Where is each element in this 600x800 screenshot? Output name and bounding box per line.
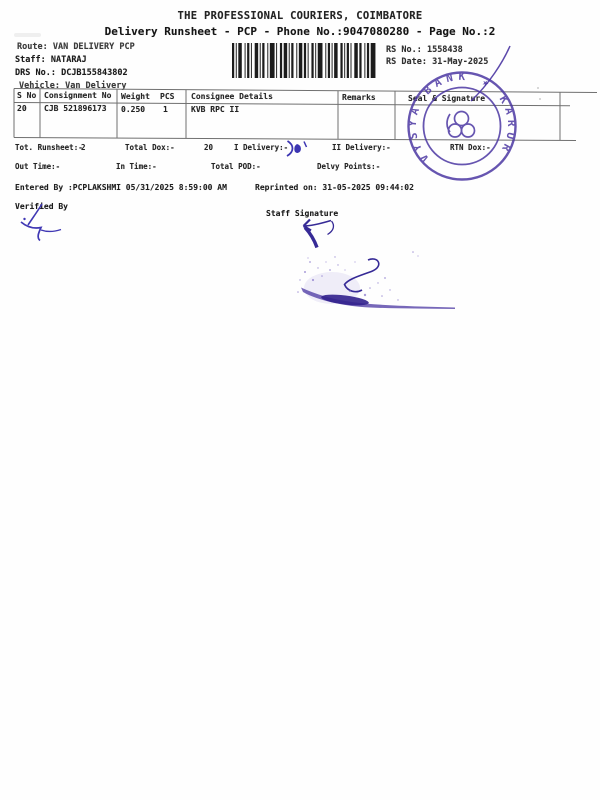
total-runsheet-value: 2 [81,144,86,152]
vehicle-line: Vehicle: Van Delivery [19,82,127,91]
company-title: THE PROFESSIONAL COURIERS, COIMBATORE [0,11,600,23]
drs-no-line: DRS No.: DCJB155843802 [15,69,128,78]
bank-stamp-icon: VYSYA BANK ★ KARUR [406,70,518,180]
vehicle-label: Vehicle: [19,81,60,91]
total-runsheet-label: Tot. Runsheet:- [15,144,83,152]
entered-by-line: Entered By :PCPLAKSHMI 05/31/2025 8:59:0… [15,184,227,193]
staff-line: Staff: NATARAJ [15,56,87,65]
col-header-pcs: PCS [160,93,174,102]
rtn-dox-label: RTN Dox:- [450,144,491,152]
col-header-s-no: S No [17,92,36,101]
ink-speckles [297,251,418,300]
route-value: VAN DELIVERY PCP [53,42,135,52]
drs-value: DCJB155843802 [61,68,128,78]
staff-signature-label: Staff Signature [266,210,338,219]
rs-no-value: 1558438 [427,45,463,55]
col-header-consignee-details: Consignee Details [191,93,273,102]
total-dox-value: 20 [204,144,213,152]
ink-blot [297,251,455,309]
total-dox-label: Total Dox:- [125,144,175,152]
col-header-consignment-no: Consignment No [44,92,111,101]
col-header-weight: Weight [121,93,150,102]
delivery-runsheet-document: THE PROFESSIONAL COURIERS, COIMBATORE De… [0,0,600,800]
delivery-count-handwriting [287,141,307,156]
runsheet-subtitle: Delivery Runsheet - PCP - Phone No.:9047… [0,26,600,38]
barcode-icon [232,43,377,78]
out-time-label: Out Time:- [15,163,60,171]
ii-delivery-label: II Delivery:- [332,144,391,152]
route-label: Route: [17,42,48,52]
rs-date-label: RS Date: [386,57,427,67]
row-weight: 0.250 [121,106,145,115]
verified-by-label: Verified By [15,203,68,212]
graphics-overlay: VYSYA BANK ★ KARUR [0,0,600,800]
drs-label: DRS No.: [15,68,56,78]
scan-smudge [14,33,41,37]
col-header-seal-signature: Seal & Signature [408,95,485,104]
reprinted-on-line: Reprinted on: 31-05-2025 09:44:02 [255,184,414,193]
row-pcs: 1 [163,106,168,115]
rs-date-value: 31-May-2025 [432,57,488,67]
row-s-no: 20 [17,105,27,114]
route-line: Route: VAN DELIVERY PCP [17,43,135,52]
rs-no-label: RS No.: [386,45,422,55]
total-pod-label: Total POD:- [211,163,261,171]
row-consignee: KVB RPC II [191,106,239,115]
delvy-points-label: Delvy Points:- [317,163,380,171]
pen-stroke [471,46,510,101]
row-consignment-no: CJB 521896173 [44,105,107,114]
rs-no-line: RS No.: 1558438 [386,46,463,55]
stamp-center-logo [447,112,475,138]
staff-label: Staff: [15,55,46,65]
staff-signature-ink [304,220,334,248]
col-header-remarks: Remarks [342,94,376,103]
staff-value: NATARAJ [51,55,87,65]
in-time-label: In Time:- [116,163,157,171]
vehicle-value: Van Delivery [65,81,126,91]
i-delivery-label: I Delivery:- [234,144,288,152]
rs-date-line: RS Date: 31-May-2025 [386,58,488,67]
scan-specks [537,87,541,100]
